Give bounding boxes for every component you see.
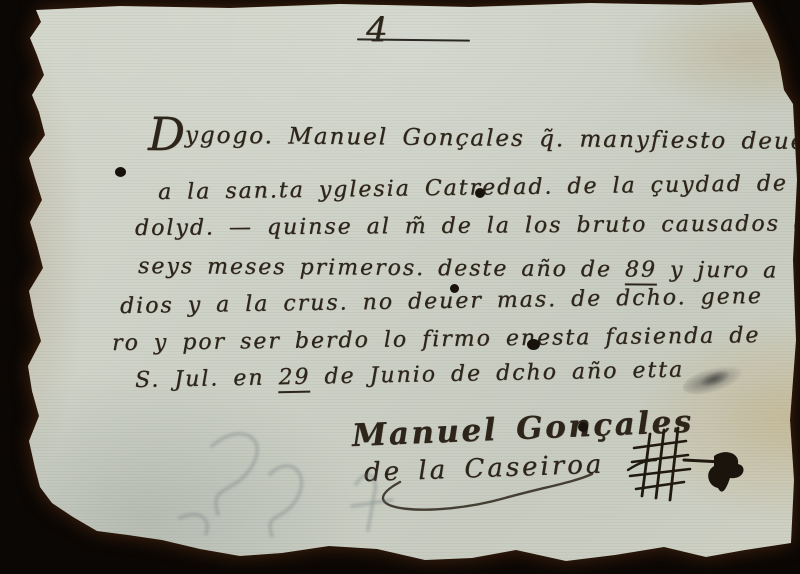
- line-1-text: ygogo. Manuel Gonçales q̃. manyfiesto de…: [185, 122, 800, 155]
- manuscript-line-4: seys meses primeros. deste año de 89 y j…: [138, 254, 778, 283]
- decorated-initial: D: [148, 107, 185, 161]
- manuscript-photo: 4 Dygogo. Manuel Gonçales q̃. manyfiesto…: [0, 0, 800, 574]
- underlined-day-29: 29: [278, 365, 311, 394]
- folio-number: 4: [366, 10, 388, 50]
- line-5-text: dios y a la crus. no deuer mas. de dcho.…: [120, 284, 763, 319]
- line-7-post: de Junio de dcho año etta: [310, 357, 684, 389]
- manuscript-line-3: dolyd. — quinse al m̃ de la los bruto ca…: [135, 211, 800, 241]
- ink-blot: [527, 339, 540, 350]
- manuscript-line-1: Dygogo. Manuel Gonçales q̃. manyfiesto d…: [148, 122, 800, 155]
- manuscript-line-6: ro y por ser berdo lo firmo enesta fasie…: [112, 323, 761, 356]
- torn-paper-sheet: 4 Dygogo. Manuel Gonçales q̃. manyfiesto…: [0, 0, 800, 574]
- rubric-ink-blob: [708, 452, 743, 492]
- line-3-text: dolyd. — quinse al m̃ de la los bruto ca…: [135, 211, 800, 241]
- ink-blot: [115, 167, 126, 177]
- ink-blot: [578, 422, 588, 432]
- signature-rubric: [626, 420, 756, 512]
- line-6-text: ro y por ser berdo lo firmo enesta fasie…: [112, 323, 761, 356]
- line-4-pre: seys meses primeros. deste año de: [138, 254, 625, 282]
- ink-blot: [450, 284, 459, 293]
- manuscript-line-7: S. Jul. en 29 de Junio de dcho año etta: [135, 357, 685, 393]
- paper-wrap: 4 Dygogo. Manuel Gonçales q̃. manyfiesto…: [0, 0, 800, 574]
- manuscript-line-5: dios y a la crus. no deuer mas. de dcho.…: [120, 284, 763, 319]
- underlined-year-89: 89: [625, 257, 657, 285]
- bleedthrough-ghost-marks: [120, 418, 420, 568]
- line-4-post: y juro a: [657, 258, 778, 284]
- line-7-pre: S. Jul. en: [135, 365, 279, 393]
- ink-blot: [475, 188, 485, 198]
